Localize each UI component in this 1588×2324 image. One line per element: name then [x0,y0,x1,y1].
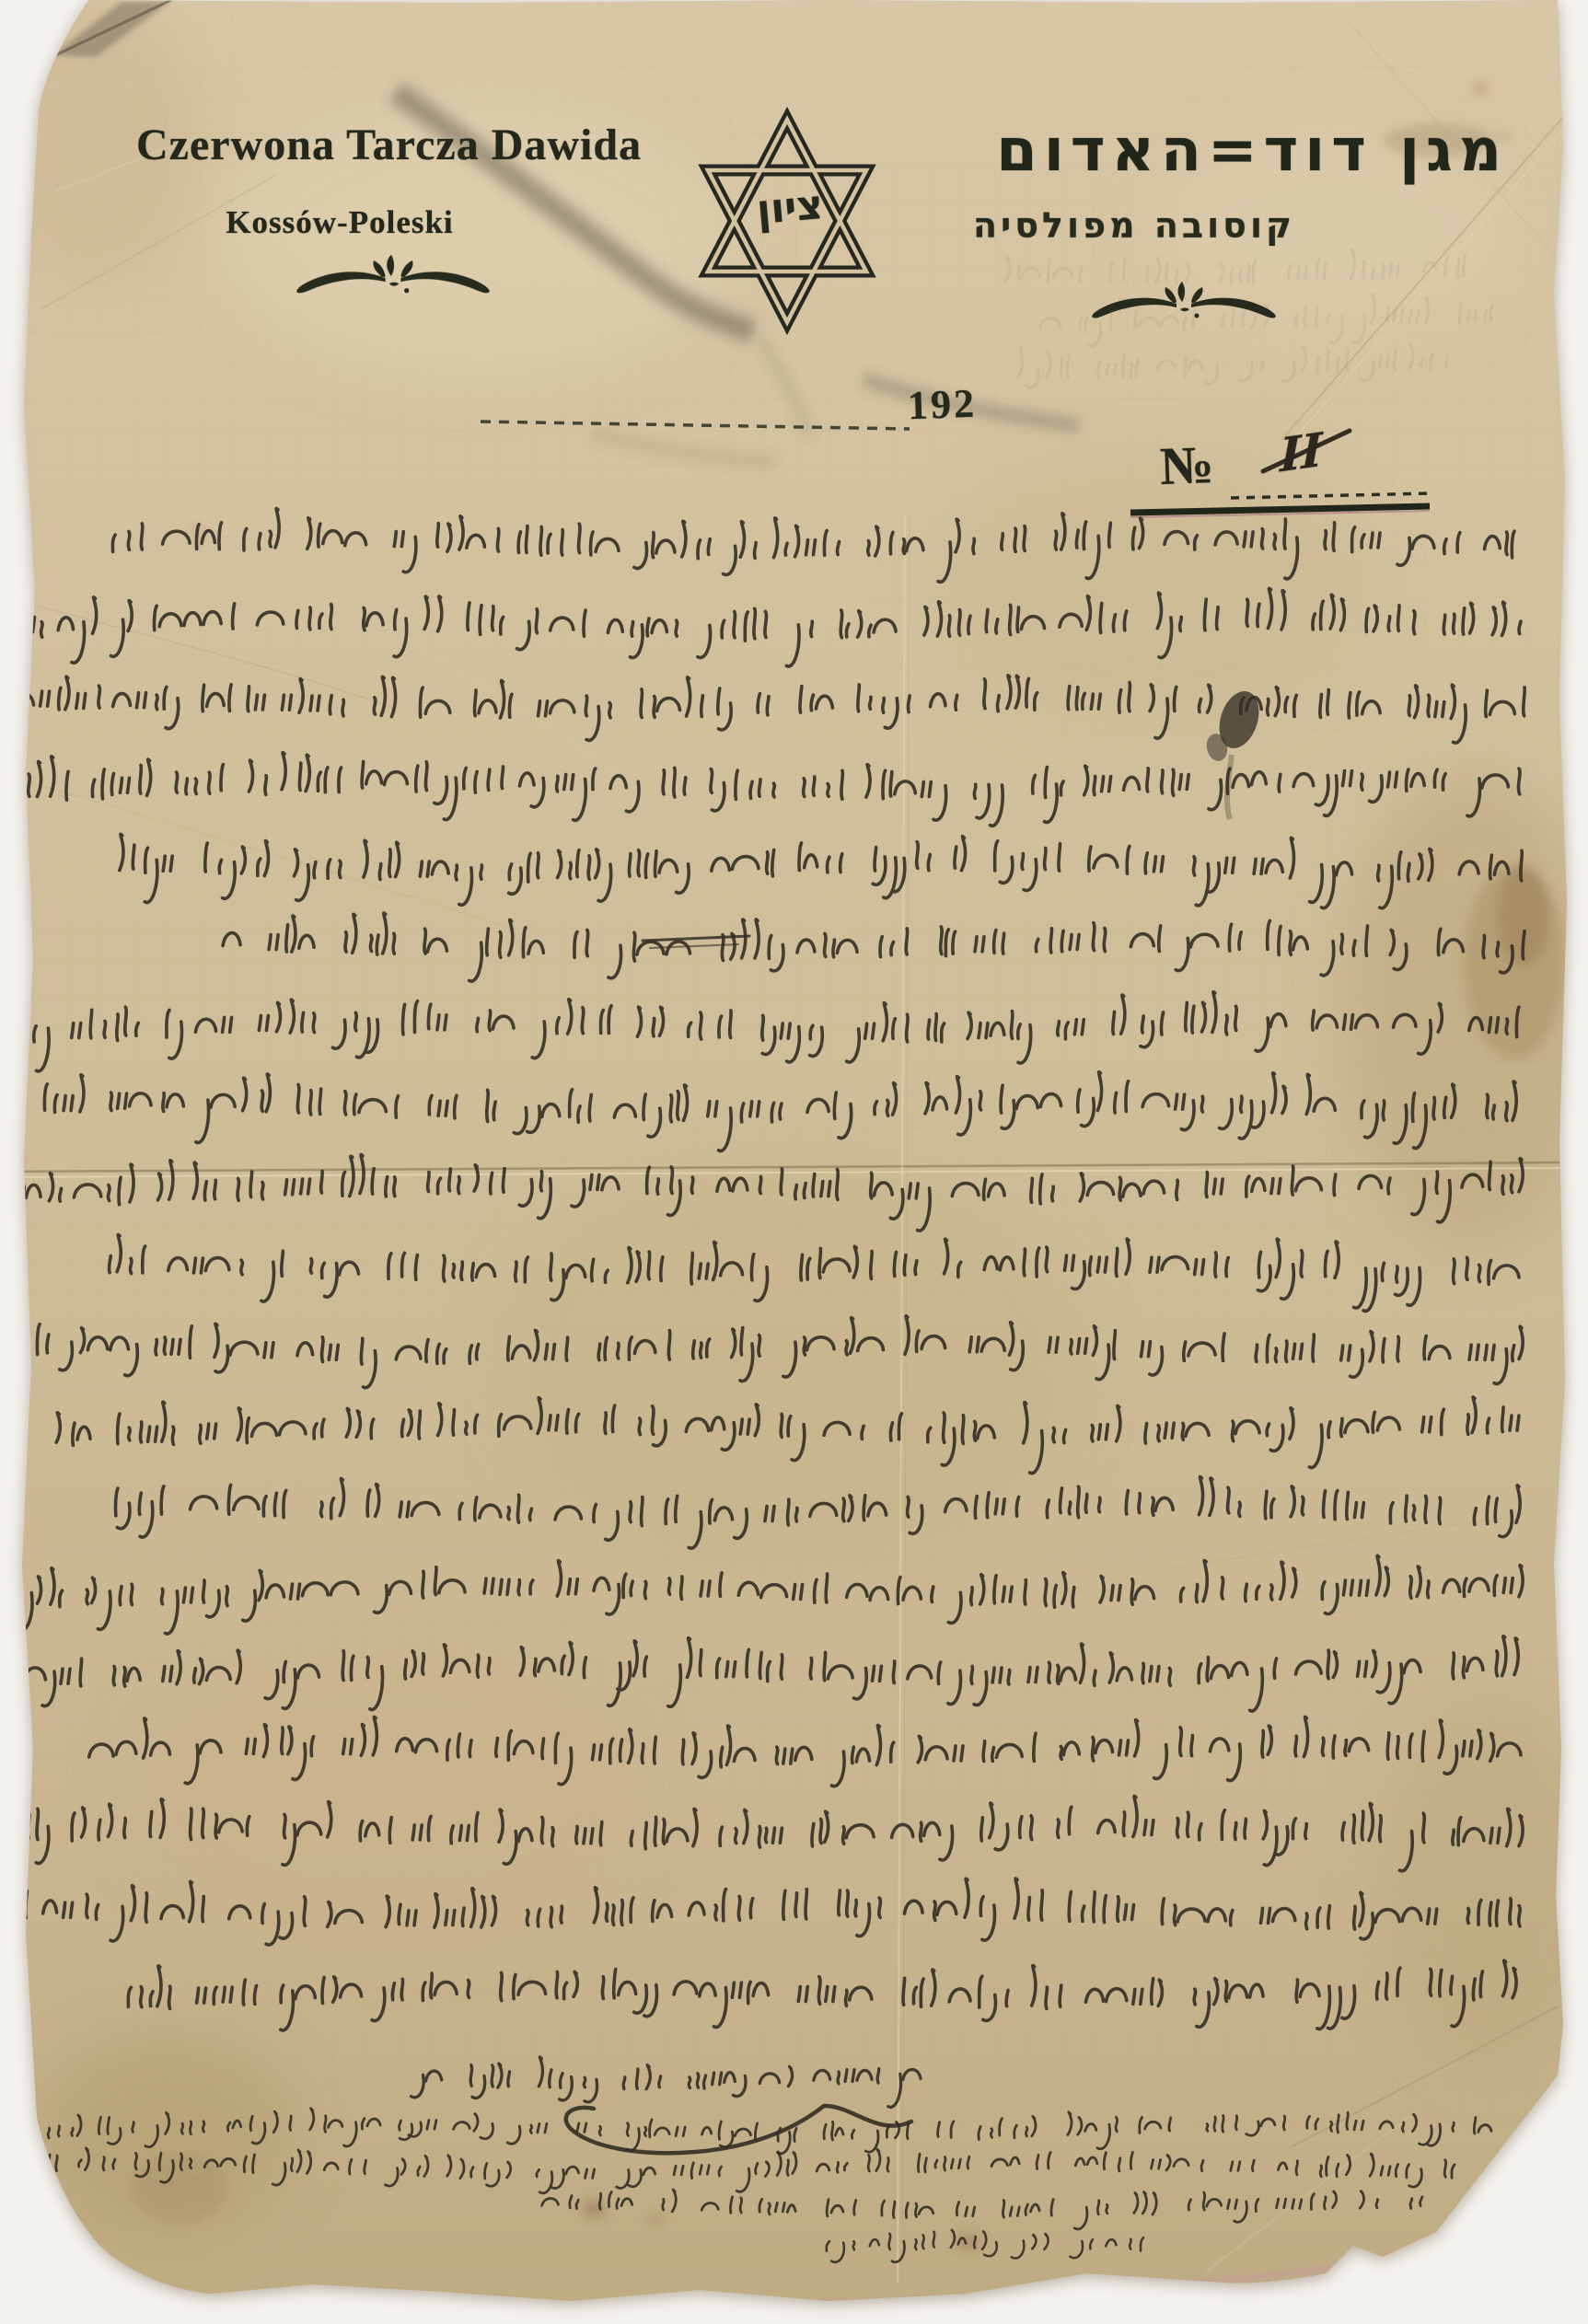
org-name-polish: Czerwona Tarcza Dawida [136,120,642,170]
number-symbol: № [1159,434,1215,497]
org-name-hebrew: מגן דוד=האדום [996,121,1508,180]
scanned-letter: Czerwona Tarcza Dawida Kossów-Poleski מג… [0,0,1588,2324]
location-polish: Kossów-Poleski [197,204,482,241]
number-value-handwritten: II [1280,422,1322,482]
paper-scan [0,0,1588,2324]
location-hebrew: קוסובה מפולסיה [973,208,1295,243]
star-inscription: ציון [740,184,839,233]
printed-year-prefix: 192 [907,380,978,430]
